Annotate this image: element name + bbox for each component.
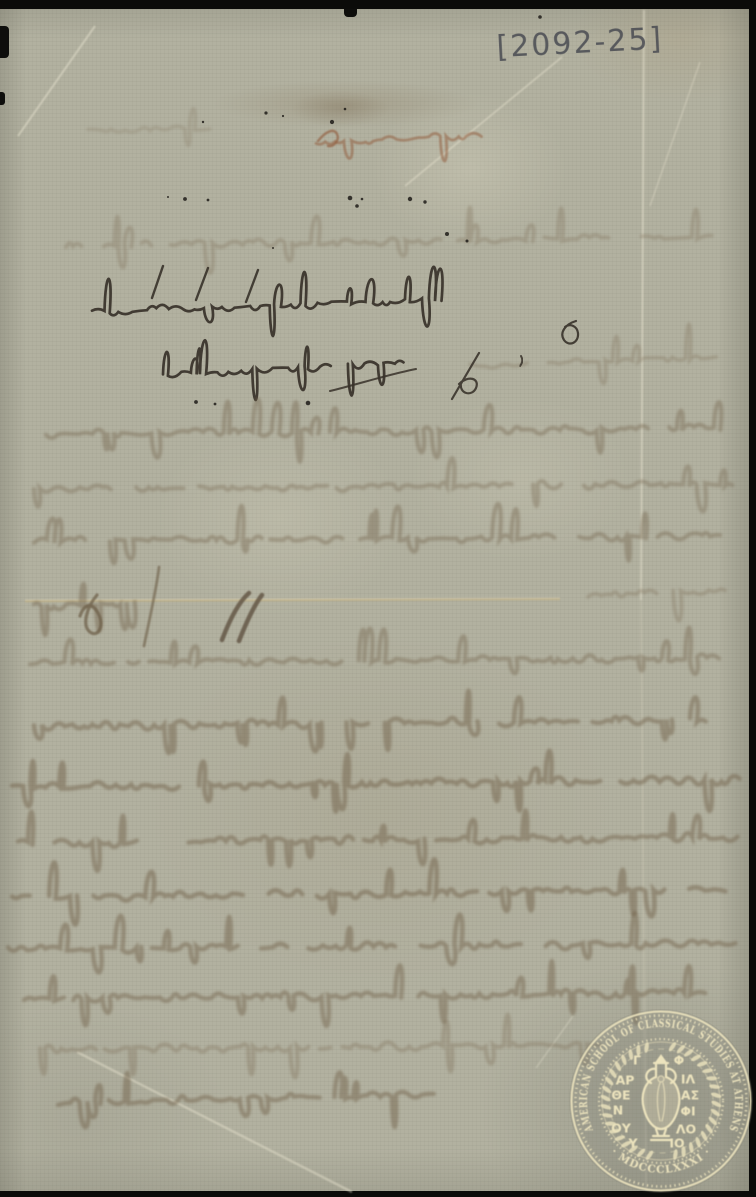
svg-text:Γ: Γ — [633, 1053, 641, 1068]
handwriting-bleedthrough — [8, 109, 740, 1128]
scan-artwork: [2092-25] AMERICAN SCHOOL OF CLASSICAL S… — [0, 0, 756, 1197]
svg-text:ΛΟ: ΛΟ — [676, 1122, 696, 1137]
svg-text:ΘΕ: ΘΕ — [611, 1088, 630, 1103]
ink-specks — [167, 15, 542, 405]
scan-edge-mark — [0, 26, 9, 58]
svg-text:Ν: Ν — [613, 1103, 623, 1118]
svg-text:ΟΥ: ΟΥ — [611, 1121, 632, 1136]
svg-text:ΦΙ: ΦΙ — [680, 1104, 695, 1119]
scan-edge-mark — [0, 92, 5, 105]
svg-text:ΙΟ: ΙΟ — [669, 1136, 684, 1151]
ink-flourishes — [80, 131, 578, 646]
svg-text:Υ: Υ — [627, 1136, 638, 1151]
svg-text:Φ: Φ — [674, 1053, 685, 1068]
catalog-annotation: [2092-25] — [496, 21, 664, 65]
scanned-letter-page: [2092-25] AMERICAN SCHOOL OF CLASSICAL S… — [0, 0, 756, 1197]
svg-text:ΙΛ: ΙΛ — [681, 1072, 696, 1087]
svg-text:ΑΡ: ΑΡ — [616, 1073, 635, 1088]
paper-creases — [18, 10, 700, 1192]
library-seal: AMERICAN SCHOOL OF CLASSICAL STUDIES AT … — [569, 1009, 753, 1193]
scan-edge-mark — [344, 9, 357, 17]
svg-text:ΑΣ: ΑΣ — [681, 1088, 699, 1103]
